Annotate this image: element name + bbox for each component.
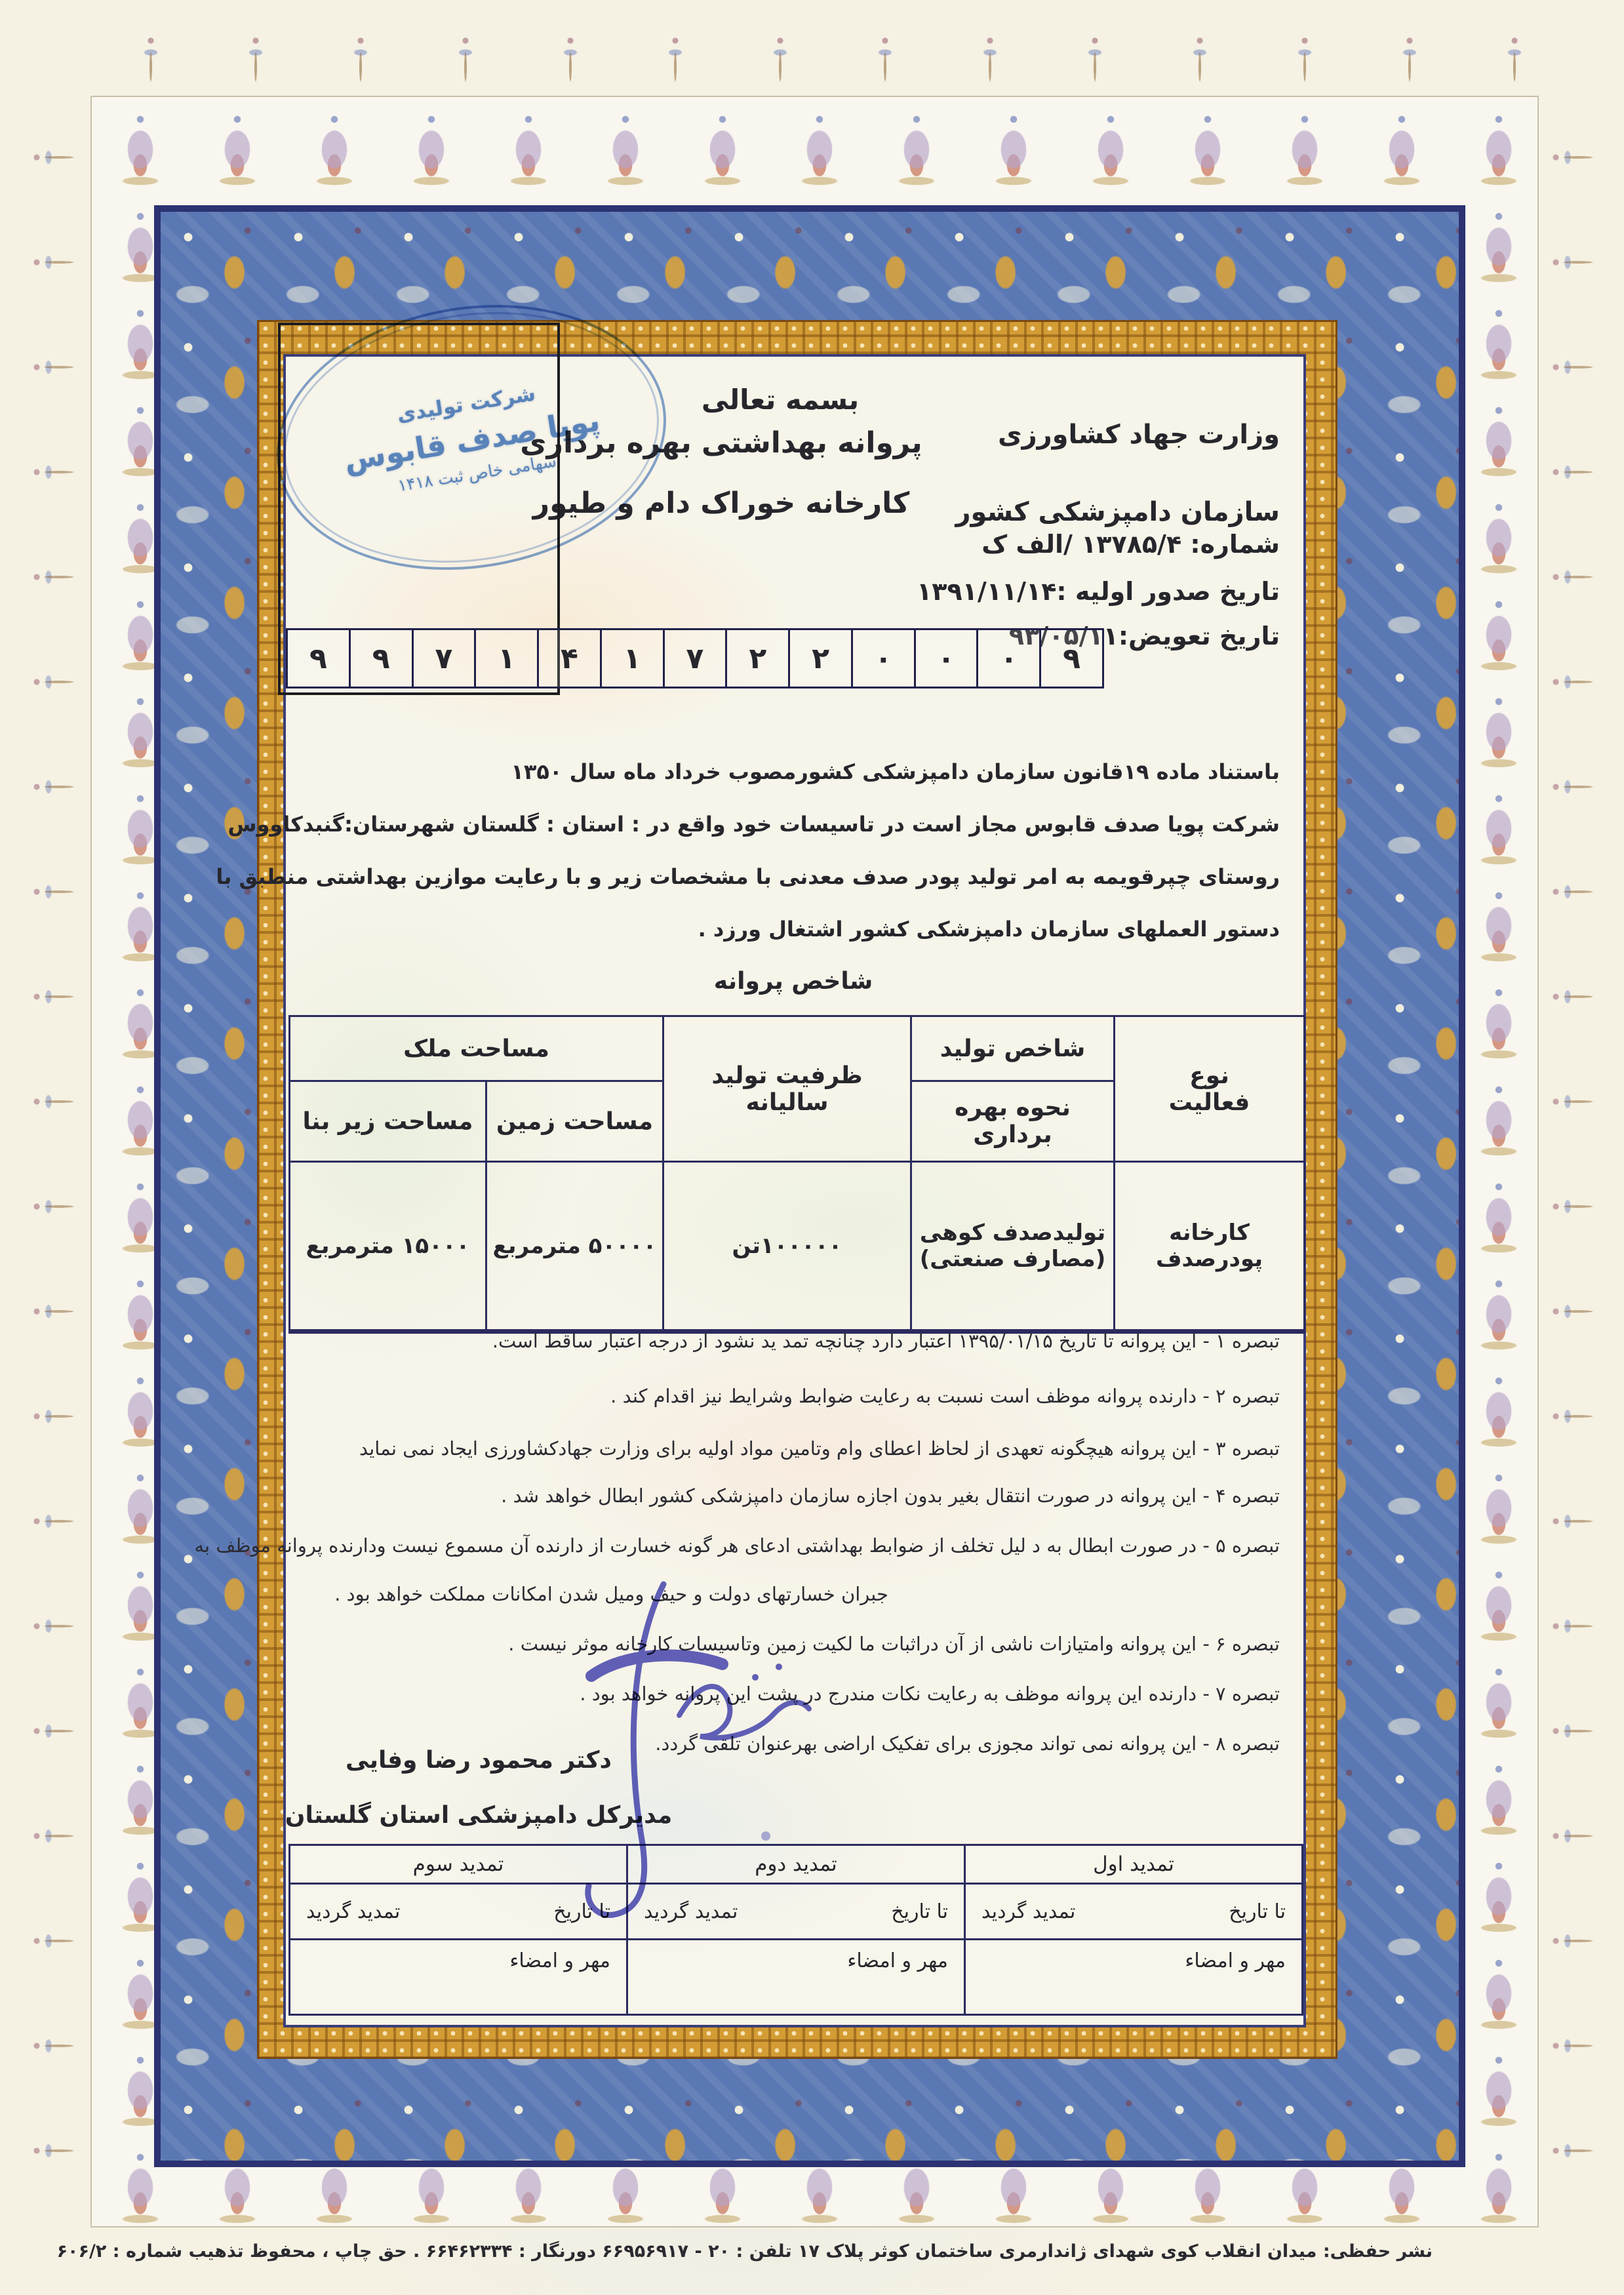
code-digit: ۱ bbox=[476, 630, 539, 687]
code-digit: ۷ bbox=[665, 630, 728, 687]
bismillah: بسمه تعالی bbox=[669, 384, 892, 416]
col-header-annual-capacity: ظرفیت تولید سالیانه bbox=[663, 1016, 911, 1162]
license-code-strip: ۹ ۹ ۷ ۱ ۴ ۱ ۷ ۲ ۲ ۰ ۰ ۰ ۹ bbox=[286, 628, 1104, 688]
cell-operation-mode: تولیدصدف کوهی (مصارف صنعتی) bbox=[911, 1162, 1115, 1332]
renewal-section-first: تمدید اول تا تاریخ تمدید گردید مهر و امض… bbox=[966, 1846, 1301, 2014]
cell-land-area: ۵۰۰۰۰ مترمربع bbox=[486, 1162, 663, 1332]
initial-issue-date: تاریخ صدور اولیه :۱۳۹۱/۱۱/۱۴ bbox=[917, 577, 1280, 606]
col-header-building-area: مساحت زیر بنا bbox=[290, 1081, 486, 1162]
renewed-label: تمدید گردید bbox=[306, 1900, 400, 1923]
body-line: شرکت پویا صدف قابوس مجاز است در تاسیسات … bbox=[228, 812, 1280, 837]
body-line: دستور العملهای سازمان دامپزشکی کشور اشتغ… bbox=[698, 917, 1280, 942]
code-digit: ۹ bbox=[1041, 630, 1102, 687]
col-header-activity-type: نوع فعالیت bbox=[1115, 1016, 1305, 1162]
seal-and-signature-label: مهر و امضاء bbox=[628, 1940, 964, 2014]
renewed-label: تمدید گردید bbox=[981, 1900, 1075, 1923]
code-digit: ۰ bbox=[916, 630, 979, 687]
body-line: روستای چپرقویمه به امر تولید پودر صدف مع… bbox=[216, 864, 1280, 889]
margin-motifs-right bbox=[1541, 105, 1604, 2190]
code-digit: ۰ bbox=[978, 630, 1041, 687]
seal-and-signature-label: مهر و امضاء bbox=[290, 1940, 626, 2014]
license-number: شماره: ۱۳۷۸۵/۴ /الف ک bbox=[981, 530, 1280, 559]
note-line: تبصره ۳ - این پروانه هیچگونه تعهدی از لح… bbox=[359, 1437, 1280, 1460]
cell-activity-type: کارخانه پودرصدف bbox=[1115, 1162, 1305, 1332]
cell-annual-capacity: ۱۰۰۰۰۰تن bbox=[663, 1162, 911, 1332]
code-digit: ۴ bbox=[539, 630, 602, 687]
until-date-label: تا تاریخ bbox=[891, 1900, 948, 1923]
code-digit: ۹ bbox=[288, 630, 351, 687]
code-digit: ۱ bbox=[602, 630, 665, 687]
renewal-section-title: تمدید اول bbox=[966, 1846, 1301, 1885]
col-header-production-index: شاخص تولید bbox=[911, 1016, 1115, 1081]
table-caption: شاخص پروانه bbox=[682, 968, 905, 995]
margin-motifs-left bbox=[22, 105, 85, 2190]
until-date-label: تا تاریخ bbox=[1229, 1900, 1286, 1923]
organization-name: سازمان دامپزشکی کشور bbox=[955, 497, 1280, 527]
note-line: تبصره ۲ - دارنده پروانه موظف است نسبت به… bbox=[610, 1385, 1280, 1407]
col-header-land-area: مساحت زمین bbox=[486, 1081, 663, 1162]
cell-building-area: ۱۵۰۰۰ مترمربع bbox=[290, 1162, 486, 1332]
col-header-property-area: مساحت ملک bbox=[290, 1016, 663, 1081]
certificate-page: بسمه تعالی وزارت جهاد کشاورزی سازمان دام… bbox=[0, 0, 1624, 2295]
body-line: باستناد ماده ۱۹قانون سازمان دامپزشکی کشو… bbox=[511, 759, 1280, 784]
margin-motifs-top bbox=[98, 28, 1526, 90]
printer-footer: نشر حفظی: میدان انقلاب کوی شهدای ژاندارم… bbox=[57, 2241, 1433, 2262]
ministry-name: وزارت جهاد کشاورزی bbox=[998, 420, 1280, 450]
seal-and-signature-label: مهر و امضاء bbox=[966, 1940, 1301, 2014]
code-digit: ۰ bbox=[853, 630, 916, 687]
code-digit: ۷ bbox=[414, 630, 477, 687]
code-digit: ۲ bbox=[790, 630, 853, 687]
note-line: تبصره ۱ - این پروانه تا تاریخ ۱۳۹۵/۰۱/۱۵… bbox=[492, 1330, 1280, 1352]
license-spec-table: نوع فعالیت شاخص تولید ظرفیت تولید سالیان… bbox=[288, 1015, 1305, 1334]
col-header-operation-mode: نحوه بهره برداری bbox=[911, 1081, 1115, 1162]
code-digit: ۹ bbox=[351, 630, 414, 687]
code-digit: ۲ bbox=[727, 630, 790, 687]
handwritten-signature bbox=[420, 1561, 892, 1941]
note-line: تبصره ۵ - در صورت ابطال به د لیل تخلف از… bbox=[195, 1534, 1280, 1557]
note-line: تبصره ۴ - این پروانه در صورت انتقال بغیر… bbox=[501, 1485, 1280, 1507]
